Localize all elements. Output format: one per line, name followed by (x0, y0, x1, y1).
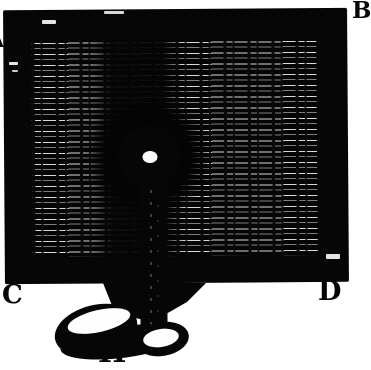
corner-label-a: A (0, 26, 4, 51)
frame-nick (326, 254, 340, 259)
stand-column (141, 172, 168, 342)
stand-illustration (0, 0, 371, 370)
frame-nick (104, 11, 124, 14)
base-label-h: H (98, 338, 126, 368)
ball-joint-highlight (143, 151, 158, 163)
frame-nick (9, 62, 18, 65)
corner-label-b: B (352, 0, 371, 22)
frame-nick (12, 70, 18, 72)
engraving-figure: A B C D H (0, 0, 371, 370)
frame-nick (42, 20, 56, 24)
corner-label-c: C (2, 282, 23, 308)
corner-label-d: D (318, 278, 341, 305)
